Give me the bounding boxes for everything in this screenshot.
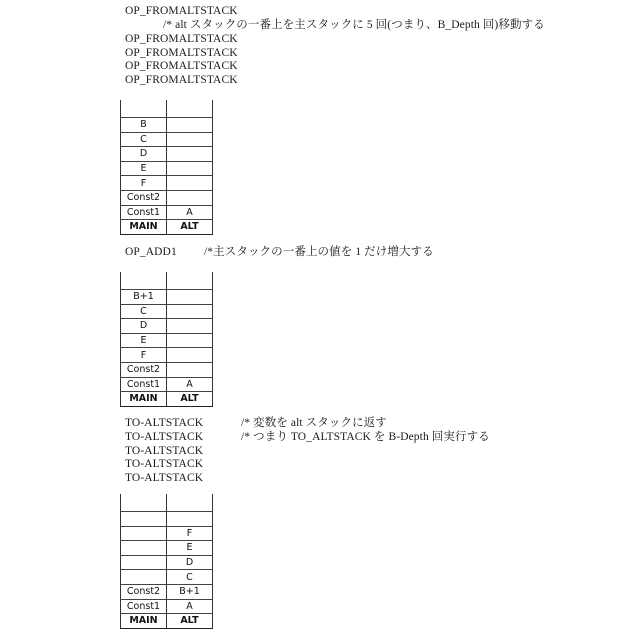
alt-cell <box>167 176 213 191</box>
main-cell <box>121 555 167 570</box>
alt-cell <box>167 100 213 118</box>
alt-cell <box>167 512 213 527</box>
alt-cell <box>167 161 213 176</box>
alt-cell: D <box>167 555 213 570</box>
table-row: F <box>121 526 213 541</box>
table-row: Const2 <box>121 362 213 377</box>
alt-cell <box>167 132 213 147</box>
main-cell: Const2 <box>121 190 167 205</box>
stack-table-3: F E D C Const2 B+1 Const1 A MAIN ALT <box>120 494 213 629</box>
table-row: Const1 A <box>121 205 213 220</box>
main-cell <box>121 494 167 512</box>
code-line: OP_FROMALTSTACK <box>125 5 238 19</box>
main-header: MAIN <box>121 614 167 629</box>
table-row: C <box>121 304 213 319</box>
alt-cell <box>167 272 213 290</box>
code-line: OP_FROMALTSTACK <box>125 74 238 88</box>
main-cell: Const2 <box>121 584 167 599</box>
code-line: OP_FROMALTSTACK <box>125 60 238 74</box>
main-cell <box>121 272 167 290</box>
table-row: D <box>121 147 213 162</box>
table-row: D <box>121 555 213 570</box>
table-header-row: MAIN ALT <box>121 392 213 407</box>
alt-cell: F <box>167 526 213 541</box>
alt-cell: A <box>167 205 213 220</box>
main-header: MAIN <box>121 392 167 407</box>
table-row: C <box>121 132 213 147</box>
table-header-row: MAIN ALT <box>121 614 213 629</box>
main-cell: B+1 <box>121 290 167 305</box>
alt-cell <box>167 348 213 363</box>
alt-cell: E <box>167 541 213 556</box>
alt-cell: A <box>167 599 213 614</box>
table-row: F <box>121 348 213 363</box>
main-cell: F <box>121 176 167 191</box>
table-row: E <box>121 333 213 348</box>
table-row: B+1 <box>121 290 213 305</box>
code-comment: /* つまり TO_ALTSTACK を B-Depth 回実行する <box>241 431 490 445</box>
alt-header: ALT <box>167 220 213 235</box>
alt-header: ALT <box>167 614 213 629</box>
table-row: C <box>121 570 213 585</box>
code-line: TO-ALTSTACK <box>125 472 203 486</box>
main-cell: Const2 <box>121 362 167 377</box>
alt-cell: B+1 <box>167 584 213 599</box>
stack-table-1: B C D E F Const2 Const1 A MAIN ALT <box>120 100 213 235</box>
table-row <box>121 272 213 290</box>
table-row: Const1 A <box>121 377 213 392</box>
main-cell: B <box>121 118 167 133</box>
alt-cell: A <box>167 377 213 392</box>
table-row: B <box>121 118 213 133</box>
alt-cell <box>167 494 213 512</box>
main-cell <box>121 512 167 527</box>
main-cell <box>121 541 167 556</box>
alt-cell <box>167 333 213 348</box>
main-cell: C <box>121 132 167 147</box>
alt-cell <box>167 362 213 377</box>
table-header-row: MAIN ALT <box>121 220 213 235</box>
code-line: TO-ALTSTACK <box>125 431 203 445</box>
table-row <box>121 100 213 118</box>
main-cell: E <box>121 333 167 348</box>
code-line: TO-ALTSTACK <box>125 417 203 431</box>
main-cell: F <box>121 348 167 363</box>
main-cell <box>121 526 167 541</box>
main-cell: E <box>121 161 167 176</box>
table-row <box>121 494 213 512</box>
code-line: OP_ADD1 <box>125 246 177 260</box>
alt-header: ALT <box>167 392 213 407</box>
main-cell: D <box>121 147 167 162</box>
main-cell: Const1 <box>121 377 167 392</box>
alt-cell <box>167 118 213 133</box>
table-row: Const2 B+1 <box>121 584 213 599</box>
alt-cell <box>167 304 213 319</box>
alt-cell <box>167 190 213 205</box>
main-cell: C <box>121 304 167 319</box>
alt-cell: C <box>167 570 213 585</box>
table-row: E <box>121 161 213 176</box>
stack-table-2: B+1 C D E F Const2 Const1 A MAIN A <box>120 272 213 407</box>
alt-cell <box>167 290 213 305</box>
main-header: MAIN <box>121 220 167 235</box>
main-cell <box>121 100 167 118</box>
code-line: OP_FROMALTSTACK <box>125 47 238 61</box>
code-comment: /* alt スタックの一番上を主スタックに 5 回(つまり、B_Depth 回… <box>163 19 545 33</box>
code-line: TO-ALTSTACK <box>125 445 203 459</box>
code-comment: /* 変数を alt スタックに返す <box>241 417 387 431</box>
code-comment: /*主スタックの一番上の値を 1 だけ増大する <box>204 246 434 260</box>
main-cell <box>121 570 167 585</box>
main-cell: Const1 <box>121 599 167 614</box>
main-cell: D <box>121 319 167 334</box>
code-line: OP_FROMALTSTACK <box>125 33 238 47</box>
table-row: E <box>121 541 213 556</box>
table-row: D <box>121 319 213 334</box>
code-line: TO-ALTSTACK <box>125 458 203 472</box>
main-cell: Const1 <box>121 205 167 220</box>
table-row <box>121 512 213 527</box>
alt-cell <box>167 147 213 162</box>
alt-cell <box>167 319 213 334</box>
table-row: F <box>121 176 213 191</box>
table-row: Const2 <box>121 190 213 205</box>
table-row: Const1 A <box>121 599 213 614</box>
